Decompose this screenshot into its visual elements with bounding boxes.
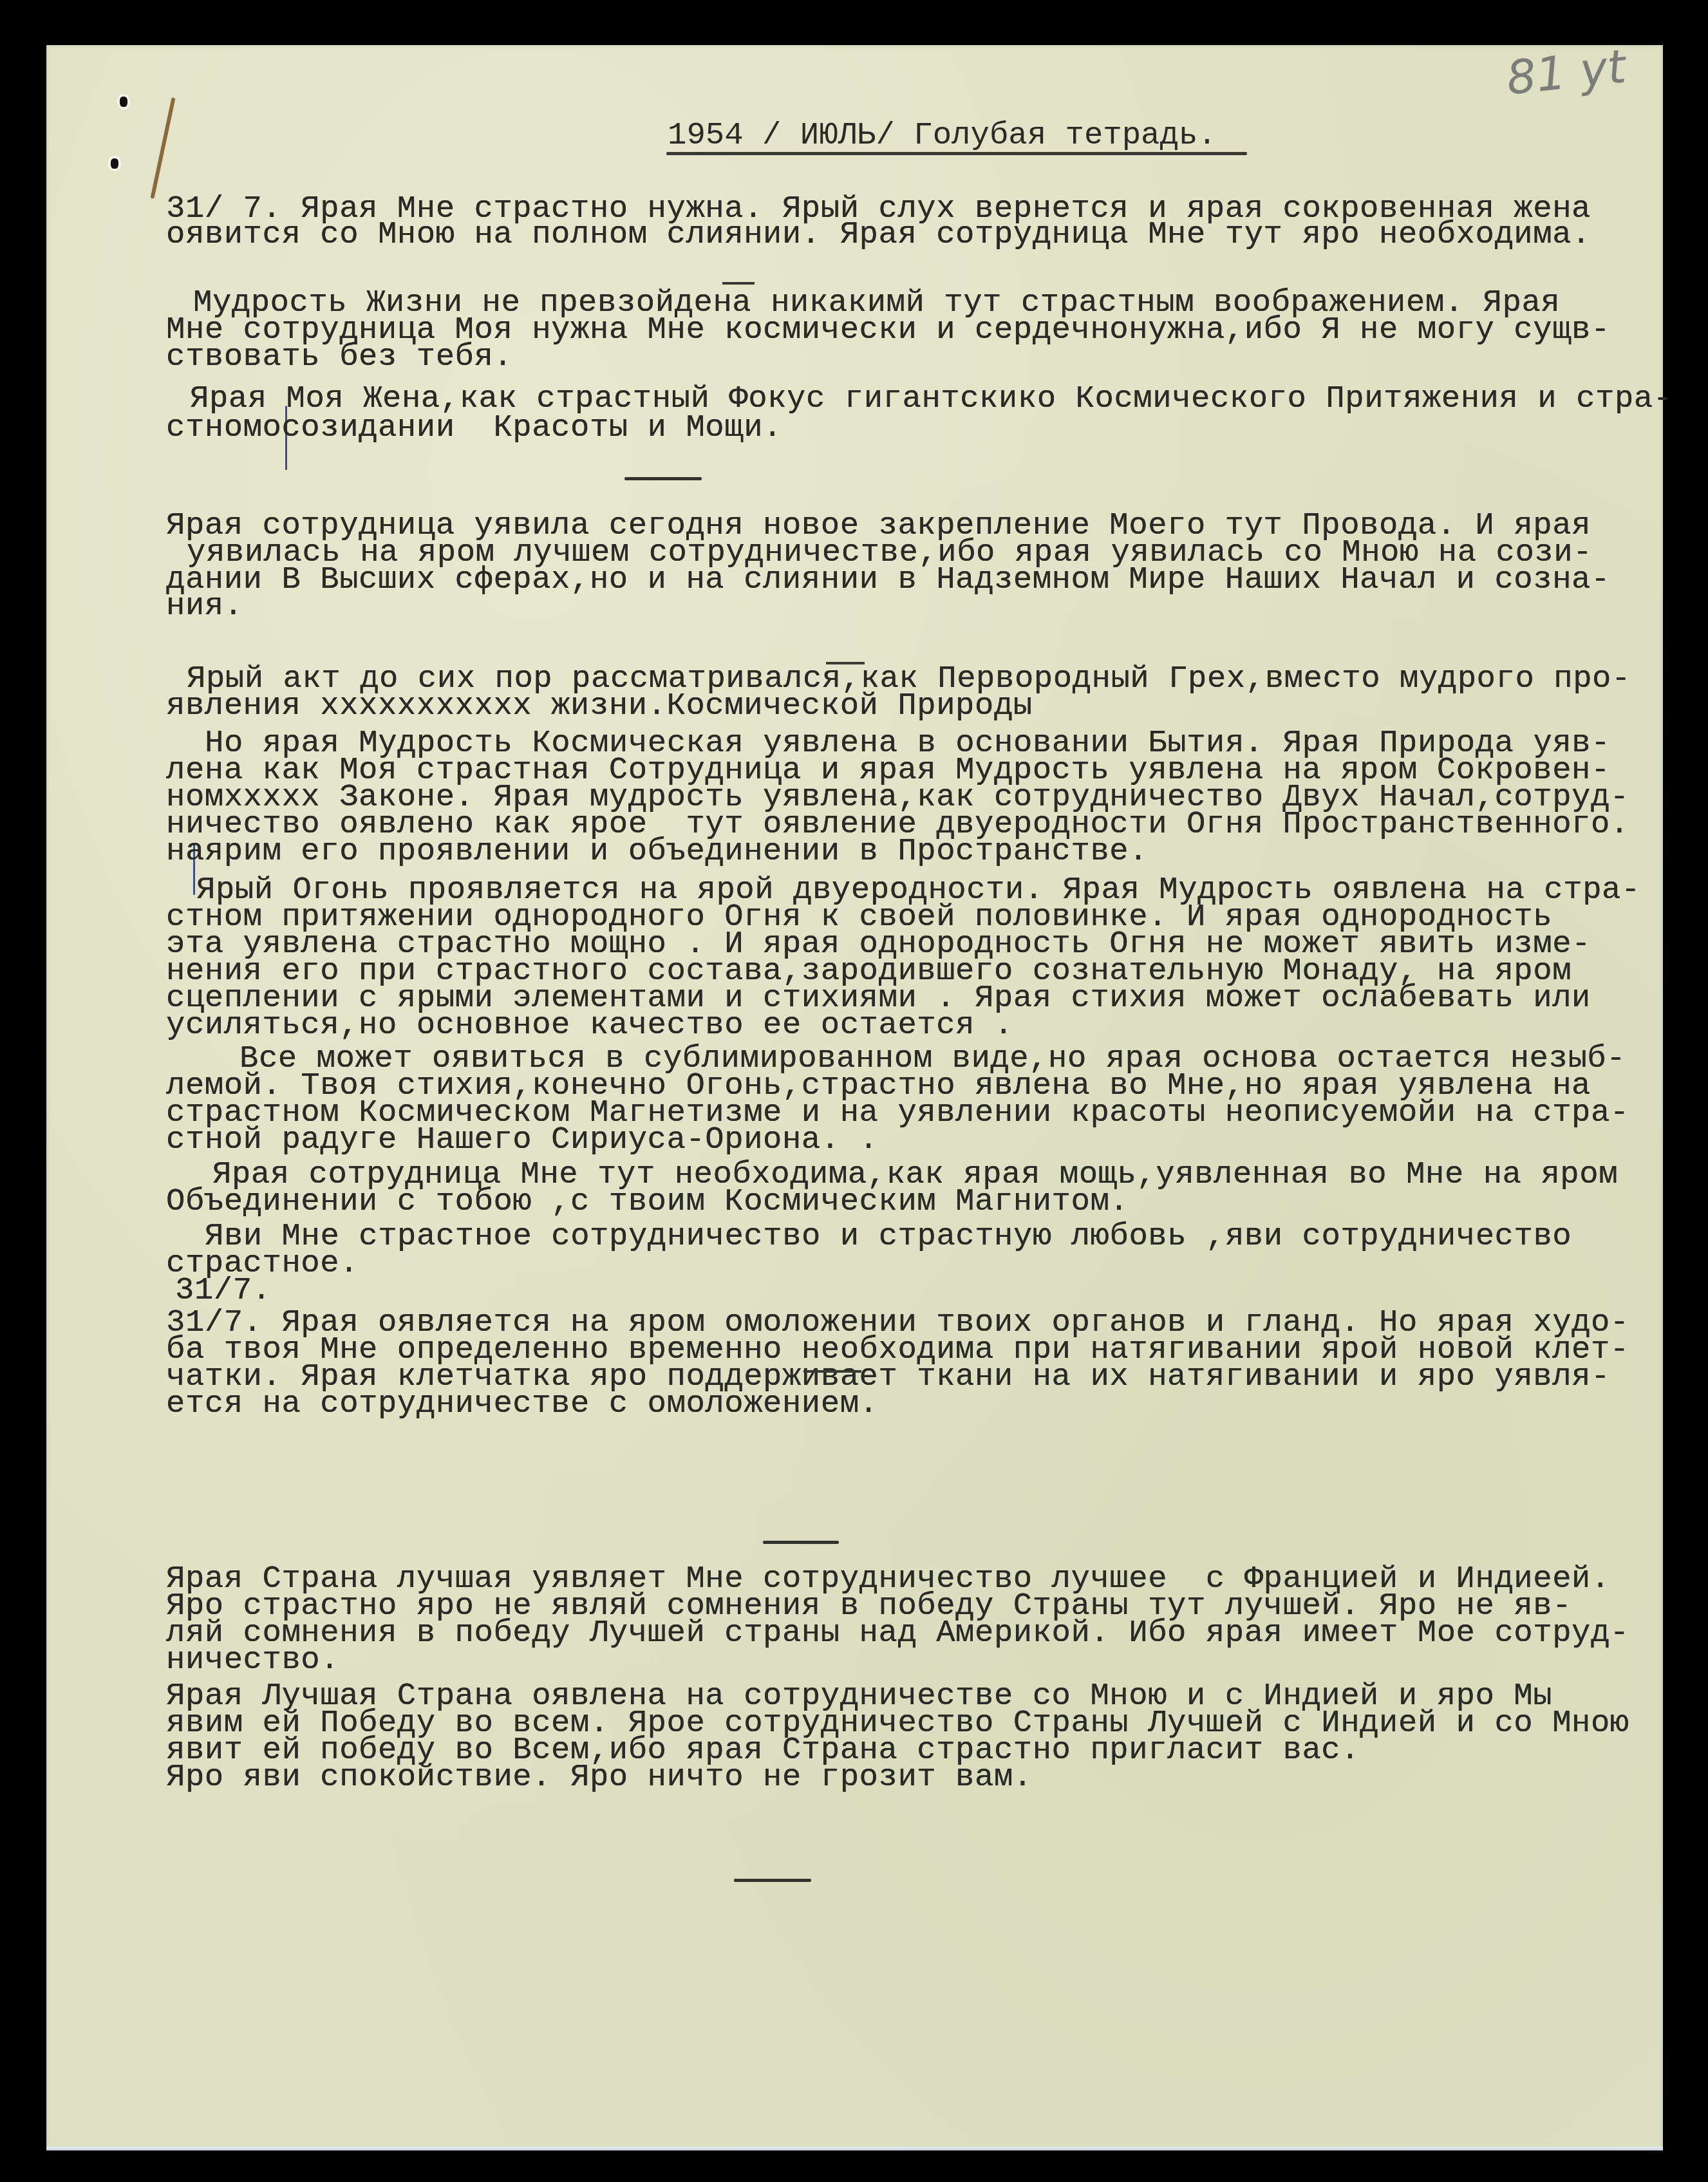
text-line: ется на сотрудничестве с омоложением. bbox=[166, 1388, 878, 1420]
text-line: Объединении с тобою ,с твоим Космическим… bbox=[166, 1186, 1129, 1218]
text-line: стномосозидании Красоты и Мощи. bbox=[166, 412, 782, 444]
punch-hole-top bbox=[120, 97, 127, 107]
text-line: 31/7. bbox=[175, 1275, 272, 1306]
title-underline bbox=[666, 152, 1247, 155]
typed-overline-mark bbox=[826, 662, 865, 664]
separator-line bbox=[734, 1879, 811, 1882]
text-line: явления ххххххххххх жизни.Космической Пр… bbox=[166, 690, 1033, 722]
text-line: ничество. bbox=[166, 1644, 339, 1676]
typed-overline-mark bbox=[722, 282, 755, 285]
text-line: ляй сомнения в победу Лучшей страны над … bbox=[166, 1617, 1629, 1649]
text-line: ния. bbox=[166, 590, 243, 622]
separator-line bbox=[624, 477, 702, 480]
text-line: оявится со Мною на полном слиянии. Ярая … bbox=[166, 219, 1591, 250]
typed-overline-mark bbox=[803, 1370, 861, 1373]
text-line: Яви Мне страстное сотрудничество и страс… bbox=[205, 1221, 1572, 1252]
text-line: стной радуге Нашего Сириуса-Ориона. . bbox=[166, 1124, 878, 1156]
text-line: дании В Высших сферах,но и на слиянии в … bbox=[166, 564, 1610, 596]
text-line: усиляться,но основное качество ее остает… bbox=[166, 1010, 1013, 1041]
text-line: ствовать без тебя. bbox=[166, 341, 512, 373]
text-line: наярим его проявлении и объединении в Пр… bbox=[166, 836, 1148, 867]
punch-hole-bottom bbox=[111, 158, 118, 169]
text-line: Яро яви спокойствие. Яро ничто не грозит… bbox=[166, 1762, 1033, 1793]
separator-line bbox=[763, 1541, 839, 1544]
document-title: 1954 / ИЮЛЬ/ Голубая тетрадь. bbox=[668, 120, 1217, 151]
